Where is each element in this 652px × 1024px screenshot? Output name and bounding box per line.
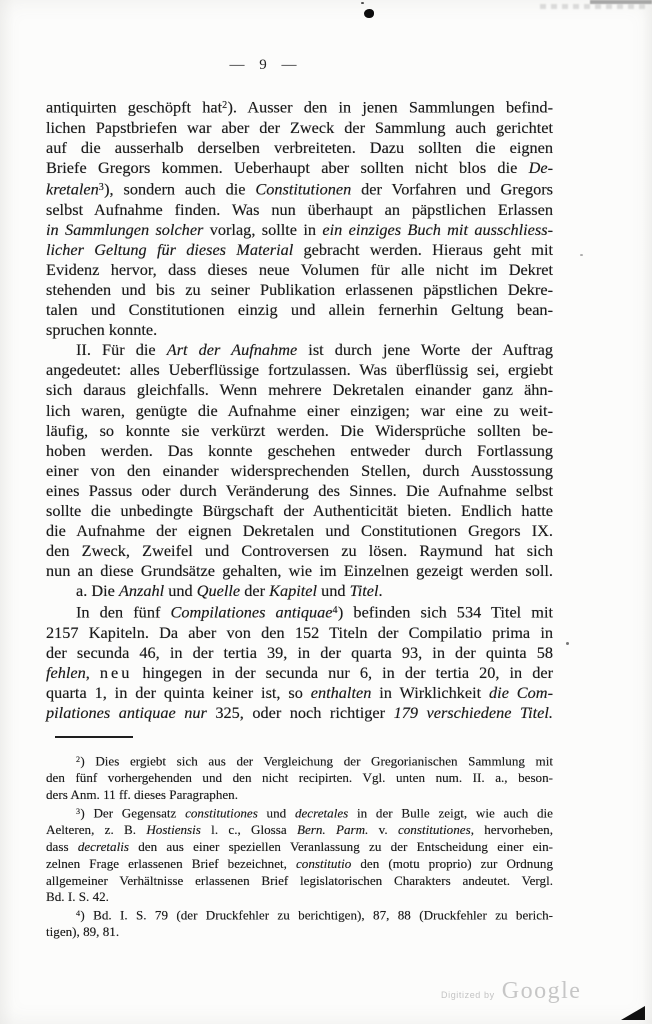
footnote-line: allgemeiner Verhältnisse erlassenen Brie… [46, 873, 553, 890]
text-line: a. Die Anzahl und Quelle der Kapitel und… [46, 581, 553, 601]
text-line: hoben werden. Das konnte geschehen entwe… [46, 441, 553, 461]
footnote-separator [55, 736, 133, 738]
footnote-line: zelnen Frage erlassenen Brief bezeichnet… [46, 856, 553, 873]
text-line: 2157 Kapiteln. Da aber von den 152 Titel… [46, 623, 553, 643]
google-watermark: Digitized by Google [441, 978, 581, 1005]
scanner-smudge-faint [540, 4, 650, 9]
footnote-line: tigen), 89, 81. [46, 924, 553, 941]
footnote-line: 4) Bd. I. S. 79 (der Druckfehler zu beri… [46, 906, 553, 924]
footnotes: 2) Dies ergiebt sich aus der Vergleichun… [46, 752, 553, 941]
text-line: einer von den einander widersprechenden … [46, 461, 553, 481]
text-line: läufig, so konnte sie verkürzt werden. D… [46, 421, 553, 441]
text-line: die Aufnahme der eignen Dekretalen und C… [46, 521, 553, 541]
text-line: den Zweck, Zweifel und Controversen zu l… [46, 541, 553, 561]
ink-speck [566, 642, 569, 645]
text-line: quarta 1, in der quinta keiner ist, so e… [46, 683, 553, 703]
text-line: auf die ausserhalb derselben verbreitete… [46, 138, 553, 158]
text-line: licher Geltung für dieses Material gebra… [46, 240, 553, 260]
footnote-line: ders Anm. 11 ff. dieses Paragraphen. [46, 787, 553, 804]
text-line: stehenden und bis zu seiner Publikation … [46, 280, 553, 300]
text-line: sollte die unbedingte Bürgschaft der Aut… [46, 501, 553, 521]
text-line: lichen Papstbriefen war aber der Zweck d… [46, 118, 553, 138]
text-line: kretalen3), sondern auch die Constitutio… [46, 178, 553, 200]
text-line: lich waren, genügte die Aufnahme einer e… [46, 401, 553, 421]
text-line: antiquirten geschöpft hat2). Ausser den … [46, 96, 553, 118]
text-line: nun an diese Grundsätze gehalten, wie im… [46, 561, 553, 581]
text-line: der secunda 46, in der tertia 39, in der… [46, 643, 553, 663]
body-text: antiquirten geschöpft hat2). Ausser den … [46, 96, 553, 724]
text-line: spruchen konnte. [46, 320, 553, 340]
footnote-line: Bd. I. S. 42. [46, 889, 553, 906]
footnote-line: Aelteren, z. B. Hostiensis l. c., Glossa… [46, 822, 553, 839]
footnote-line: dass decretalis den aus einer speziellen… [46, 839, 553, 856]
watermark-digitized-by-label: Digitized by [441, 990, 495, 1000]
page-number-header: — 9 — [10, 57, 517, 74]
text-line: angedeutet: alles Ueberflüssige fortzula… [46, 360, 553, 380]
text-line: selbst Aufnahme finden. Was nun überhaup… [46, 200, 553, 220]
footnote-line: 3) Der Gegensatz constitutiones und decr… [46, 804, 553, 822]
text-line: Evidenz hervor, dass dieses neue Volumen… [46, 260, 553, 280]
scan-corner-artifact [621, 1006, 645, 1020]
ink-blot [364, 9, 374, 18]
text-line: in Sammlungen solcher vorlag, sollte in … [46, 220, 553, 240]
google-logo: Google [502, 978, 582, 1005]
text-line: sich daraus gleichfalls. Wenn mehrere De… [46, 380, 553, 400]
text-line: fehlen, neu hingegen in der secunda nur … [46, 663, 553, 683]
scanned-book-page: — 9 — antiquirten geschöpft hat2). Ausse… [0, 0, 652, 1024]
text-line: eines Passus oder durch Veränderung des … [46, 481, 553, 501]
footnote-line: 2) Dies ergiebt sich aus der Vergleichun… [46, 752, 553, 770]
ink-speck [580, 254, 583, 256]
footnote-line: den fünf vorhergehenden und den nicht re… [46, 770, 553, 787]
text-line: II. Für die Art der Aufnahme ist durch j… [46, 340, 553, 360]
text-line: In den fünf Compilationes antiquae4) bef… [46, 601, 553, 623]
ink-speck [361, 2, 364, 4]
text-line: talen und Constitutionen einzig und alle… [46, 300, 553, 320]
text-line: pilationes antiquae nur 325, oder noch r… [46, 703, 553, 723]
text-line: Briefe Gregors kommen. Ueberhaupt aber s… [46, 158, 553, 178]
